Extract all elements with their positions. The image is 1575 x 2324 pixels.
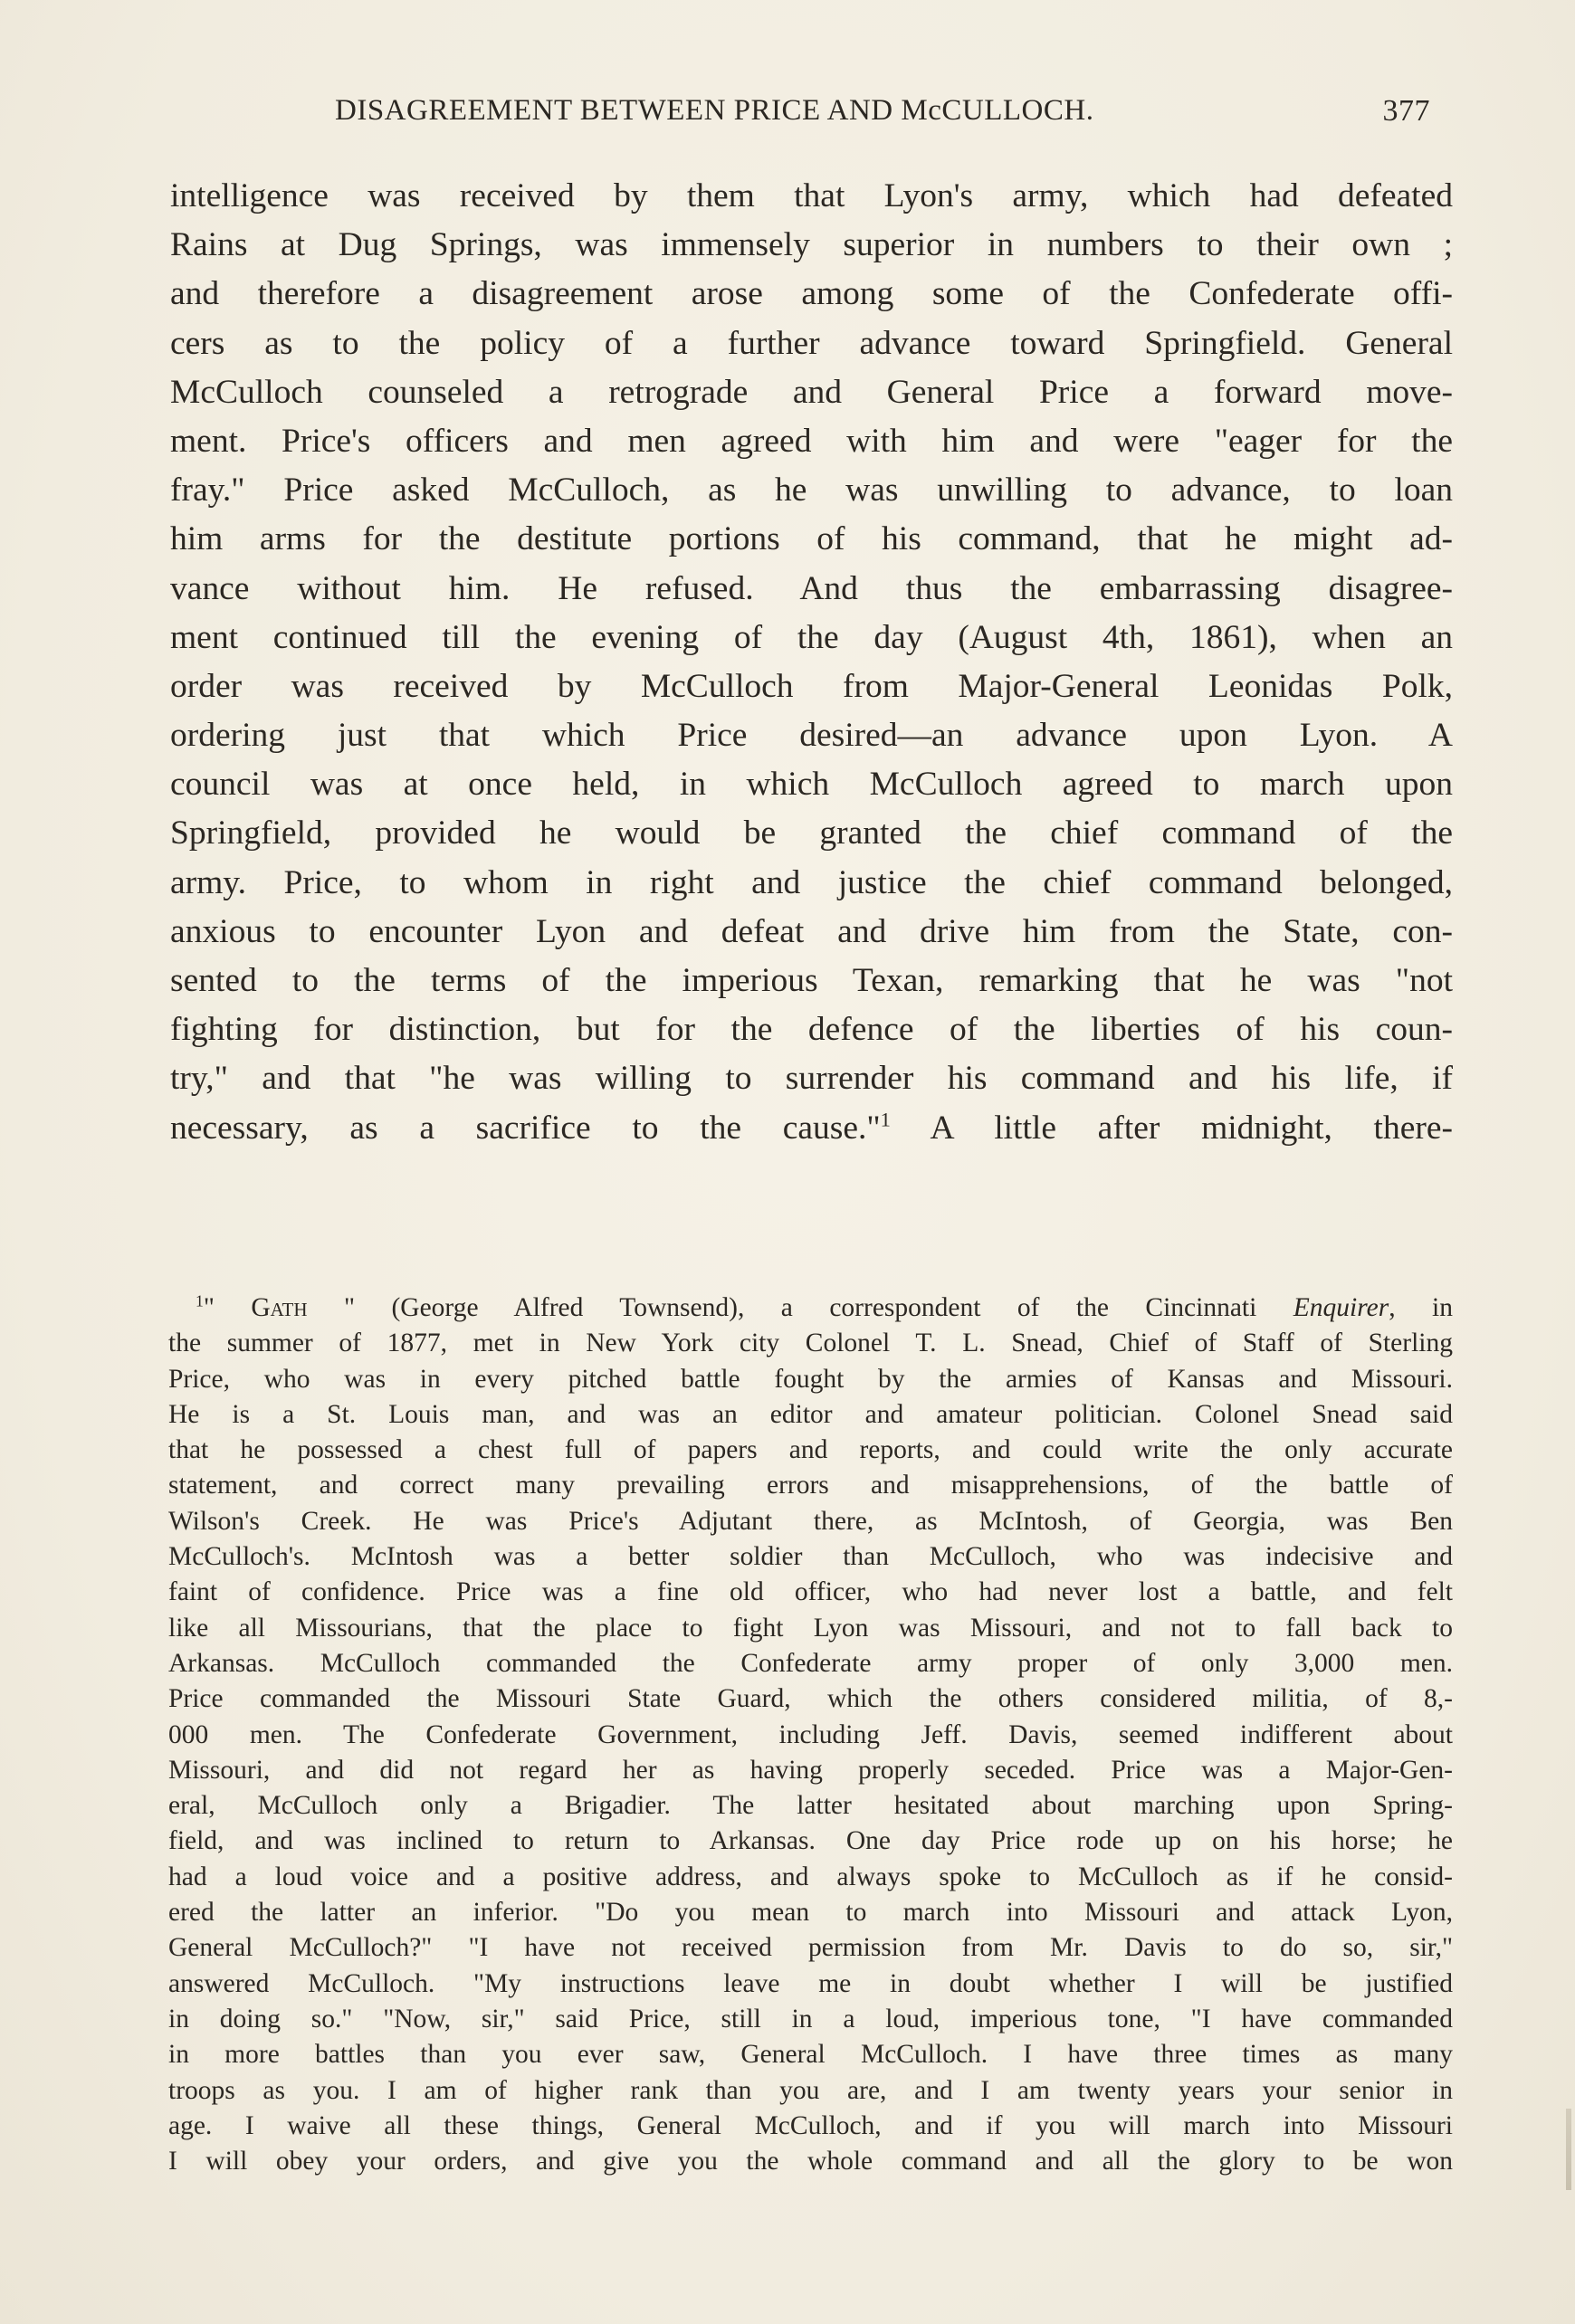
text-line: ment continued till the evening of the d… xyxy=(170,614,1453,662)
footnote-line: that he possessed a chest full of papers… xyxy=(168,1433,1453,1468)
page-edge-shadow xyxy=(1566,2109,1571,2190)
footnote-line: Missouri, and did not regard her as havi… xyxy=(168,1753,1453,1788)
text-line: and therefore a disagreement arose among… xyxy=(170,270,1453,319)
running-head: DISAGREEMENT BETWEEN PRICE AND McCULLOCH… xyxy=(335,94,1430,139)
text-line: anxious to encounter Lyon and defeat and… xyxy=(170,908,1453,957)
text-line: Springfield, provided he would be grante… xyxy=(170,809,1453,858)
text-line: vance without him. He refused. And thus … xyxy=(170,565,1453,614)
footnote-line: age. I waive all these things, General M… xyxy=(168,2109,1453,2144)
footnote-marker: 1 xyxy=(196,1291,204,1310)
footnote-line: Price, who was in every pitched battle f… xyxy=(168,1362,1453,1397)
footnote-first-line: 1" Gath " (George Alfred Townsend), a co… xyxy=(168,1291,1453,1326)
text-segment: , in xyxy=(1389,1293,1453,1322)
footnote-line: answered McCulloch. "My instructions lea… xyxy=(168,1967,1453,2002)
footnote: 1" Gath " (George Alfred Townsend), a co… xyxy=(168,1291,1453,2179)
pseudonym: Gath xyxy=(251,1293,307,1322)
footnote-line: the summer of 1877, met in New York city… xyxy=(168,1326,1453,1361)
footnote-line: ered the latter an inferior. "Do you mea… xyxy=(168,1895,1453,1930)
book-page: DISAGREEMENT BETWEEN PRICE AND McCULLOCH… xyxy=(0,0,1575,2324)
text-line: council was at once held, in which McCul… xyxy=(170,760,1453,809)
text-line: order was received by McCulloch from Maj… xyxy=(170,662,1453,711)
text-line: cers as to the policy of a further advan… xyxy=(170,319,1453,368)
footnote-line: eral, McCulloch only a Brigadier. The la… xyxy=(168,1788,1453,1824)
text-line: army. Price, to whom in right and justic… xyxy=(170,859,1453,908)
text-line: try," and that "he was willing to surren… xyxy=(170,1054,1453,1103)
text-line: ment. Price's officers and men agreed wi… xyxy=(170,417,1453,466)
footnote-line: had a loud voice and a positive address,… xyxy=(168,1860,1453,1895)
text-line-last: necessary, as a sacrifice to the cause."… xyxy=(170,1104,1453,1153)
text-line: sented to the terms of the imperious Tex… xyxy=(170,957,1453,1005)
footnote-line: in more battles than you ever saw, Gener… xyxy=(168,2037,1453,2072)
footnote-line: like all Missourians, that the place to … xyxy=(168,1611,1453,1646)
text-line: intelligence was received by them that L… xyxy=(170,172,1453,221)
footnote-line: Arkansas. McCulloch commanded the Confed… xyxy=(168,1646,1453,1681)
text-segment: A little after midnight, there- xyxy=(891,1110,1453,1147)
text-line: Rains at Dug Springs, was immensely supe… xyxy=(170,221,1453,270)
text-line: McCulloch counseled a retrograde and Gen… xyxy=(170,368,1453,417)
footnote-line: troops as you. I am of higher rank than … xyxy=(168,2073,1453,2109)
footnote-line: faint of confidence. Price was a fine ol… xyxy=(168,1575,1453,1610)
footnote-line: General McCulloch?" "I have not received… xyxy=(168,1930,1453,1966)
text-segment: " (George Alfred Townsend), a correspond… xyxy=(307,1293,1293,1322)
footnote-line: He is a St. Louis man, and was an editor… xyxy=(168,1397,1453,1433)
footnote-line: Wilson's Creek. He was Price's Adjutant … xyxy=(168,1504,1453,1539)
footnote-line: 000 men. The Confederate Government, inc… xyxy=(168,1718,1453,1753)
running-title: DISAGREEMENT BETWEEN PRICE AND McCULLOCH… xyxy=(335,94,1093,128)
body-paragraph: intelligence was received by them that L… xyxy=(170,172,1453,1153)
footnote-line: field, and was inclined to return to Ark… xyxy=(168,1824,1453,1859)
footnote-line: McCulloch's. McIntosh was a better soldi… xyxy=(168,1539,1453,1575)
text-line: ordering just that which Price desired—a… xyxy=(170,711,1453,760)
newspaper-title: Enquirer xyxy=(1293,1293,1389,1322)
text-segment: necessary, as a sacrifice to the cause." xyxy=(170,1110,881,1147)
footnote-line: statement, and correct many prevailing e… xyxy=(168,1468,1453,1503)
footnote-line: Price commanded the Missouri State Guard… xyxy=(168,1681,1453,1717)
footnote-line: I will obey your orders, and give you th… xyxy=(168,2144,1453,2179)
footnote-line: in doing so." "Now, sir," said Price, st… xyxy=(168,2002,1453,2037)
page-number: 377 xyxy=(1383,94,1431,129)
text-line: fray." Price asked McCulloch, as he was … xyxy=(170,466,1453,515)
text-segment: " xyxy=(204,1293,252,1322)
text-line: him arms for the destitute portions of h… xyxy=(170,515,1453,564)
text-line: fighting for distinction, but for the de… xyxy=(170,1005,1453,1054)
footnote-reference[interactable]: 1 xyxy=(881,1108,891,1130)
